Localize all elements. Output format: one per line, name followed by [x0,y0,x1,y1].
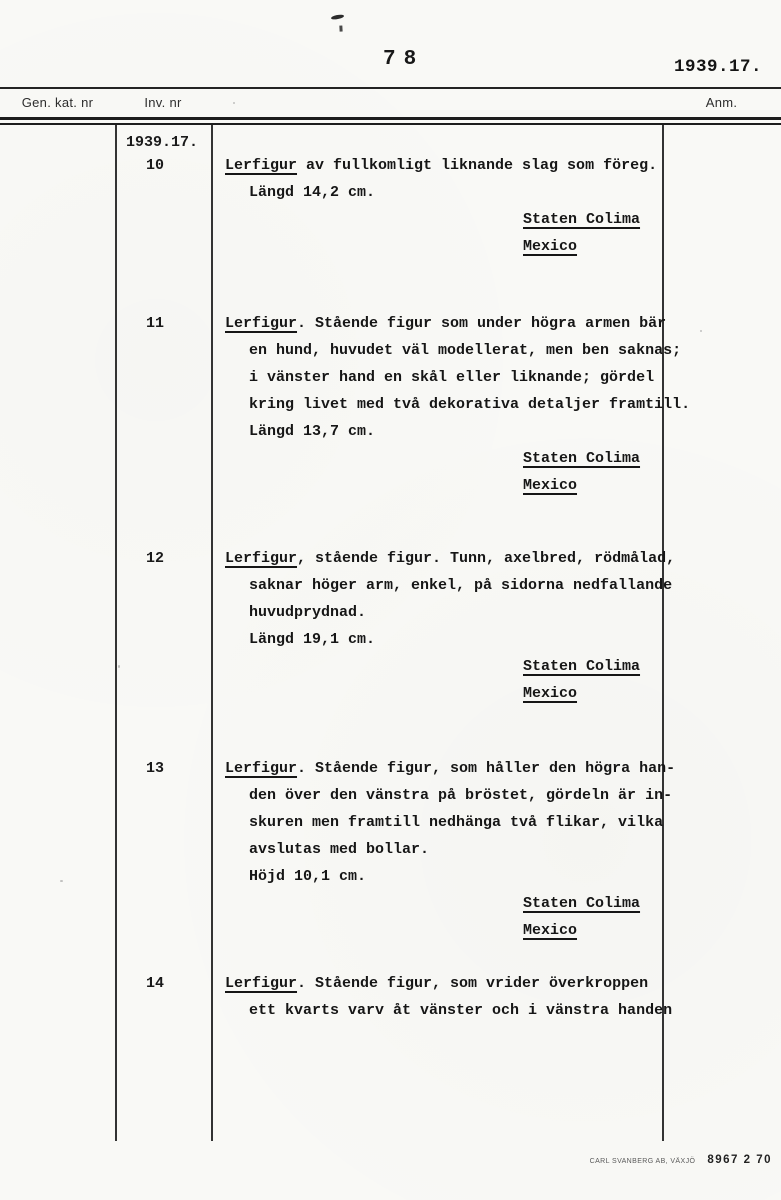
entry-description: Lerfigur. Stående figur, som vrider över… [225,970,781,1024]
entry-line: ett kvarts varv åt vänster och i vänstra… [225,997,781,1024]
column-header-gen-kat-nr: Gen. kat. nr [0,95,115,113]
scan-speck [60,880,63,882]
printer-code: 8967 2 70 [707,1154,772,1166]
provenance-line: Mexico [225,680,781,707]
entry-term: Lerfigur [225,975,297,992]
entry-line: huvudprydnad. [225,599,781,626]
collection-ref: 1939.17. [674,57,762,77]
scan-speck [233,102,235,104]
provenance-line: Staten Colima [225,653,781,680]
entry-text: , stående figur. Tunn, axelbred, rödmåla… [297,550,675,567]
scan-speck [700,330,702,332]
entry-term: Lerfigur [225,550,297,567]
entry-line: Längd 19,1 cm. [225,626,781,653]
entry-line: avslutas med bollar. [225,836,781,863]
catalog-entry-13: 13 Lerfigur. Stående figur, som håller d… [0,755,781,944]
entry-line: kring livet med två dekorativa detaljer … [225,391,781,418]
catalog-entry-12: 12 Lerfigur, stående figur. Tunn, axelbr… [0,545,781,707]
ink-smudge [331,14,345,21]
provenance-line: Staten Colima [225,890,781,917]
entry-description: Lerfigur av fullkomligt liknande slag so… [225,152,781,260]
entry-line: Längd 13,7 cm. [225,418,781,445]
entry-text: . Stående figur som under högra armen bä… [297,315,666,332]
entry-line: saknar höger arm, enkel, på sidorna nedf… [225,572,781,599]
table-header-bottom-rule [0,117,781,125]
inv-nr: 10 [115,152,195,179]
page-number: 78 [383,48,424,71]
catalog-entry-10: 10 Lerfigur av fullkomligt liknande slag… [0,152,781,260]
provenance-line: Mexico [225,917,781,944]
entry-description: Lerfigur. Stående figur som under högra … [225,310,781,499]
entry-line: den över den vänstra på bröstet, gördeln… [225,782,781,809]
provenance-line: Mexico [225,472,781,499]
scan-speck [118,665,120,668]
entry-text: . Stående figur, som vrider överkroppen [297,975,648,992]
entry-line: Längd 14,2 cm. [225,179,781,206]
entry-description: Lerfigur. Stående figur, som håller den … [225,755,781,944]
catalog-entry-11: 11 Lerfigur. Stående figur som under hög… [0,310,781,499]
entry-line: en hund, huvudet väl modellerat, men ben… [225,337,781,364]
entry-term: Lerfigur [225,157,297,174]
inventory-group: 1939.17. [126,134,198,151]
document-page: 78 1939.17. Gen. kat. nr Inv. nr Anm. 19… [0,0,781,1200]
entry-text: . Stående figur, som håller den högra ha… [297,760,675,777]
provenance-line: Mexico [225,233,781,260]
entry-term: Lerfigur [225,760,297,777]
entry-term: Lerfigur [225,315,297,332]
provenance-line: Staten Colima [225,206,781,233]
column-header-anm: Anm. [662,95,781,113]
catalog-entry-14: 14 Lerfigur. Stående figur, som vrider ö… [0,970,781,1024]
entry-description: Lerfigur, stående figur. Tunn, axelbred,… [225,545,781,707]
inv-nr: 13 [115,755,195,782]
entry-line: Höjd 10,1 cm. [225,863,781,890]
entry-line: i vänster hand en skål eller liknande; g… [225,364,781,391]
entry-line: Lerfigur. Stående figur som under högra … [225,310,781,337]
table-top-rule [0,87,781,89]
entry-line: Lerfigur. Stående figur, som håller den … [225,755,781,782]
column-header-inv-nr: Inv. nr [115,95,211,113]
entry-line: Lerfigur, stående figur. Tunn, axelbred,… [225,545,781,572]
provenance-line: Staten Colima [225,445,781,472]
inv-nr: 12 [115,545,195,572]
printer-credit: CARL SVANBERG AB, VÄXJÖ 8967 2 70 [590,1154,772,1166]
entry-text: av fullkomligt liknande slag som föreg. [297,157,657,174]
entry-line: skuren men framtill nedhänga två flikar,… [225,809,781,836]
printer-name: CARL SVANBERG AB, VÄXJÖ [590,1158,696,1165]
entry-line: Lerfigur. Stående figur, som vrider över… [225,970,781,997]
entry-line: Lerfigur av fullkomligt liknande slag so… [225,152,781,179]
inv-nr: 14 [115,970,195,997]
inv-nr: 11 [115,310,195,337]
